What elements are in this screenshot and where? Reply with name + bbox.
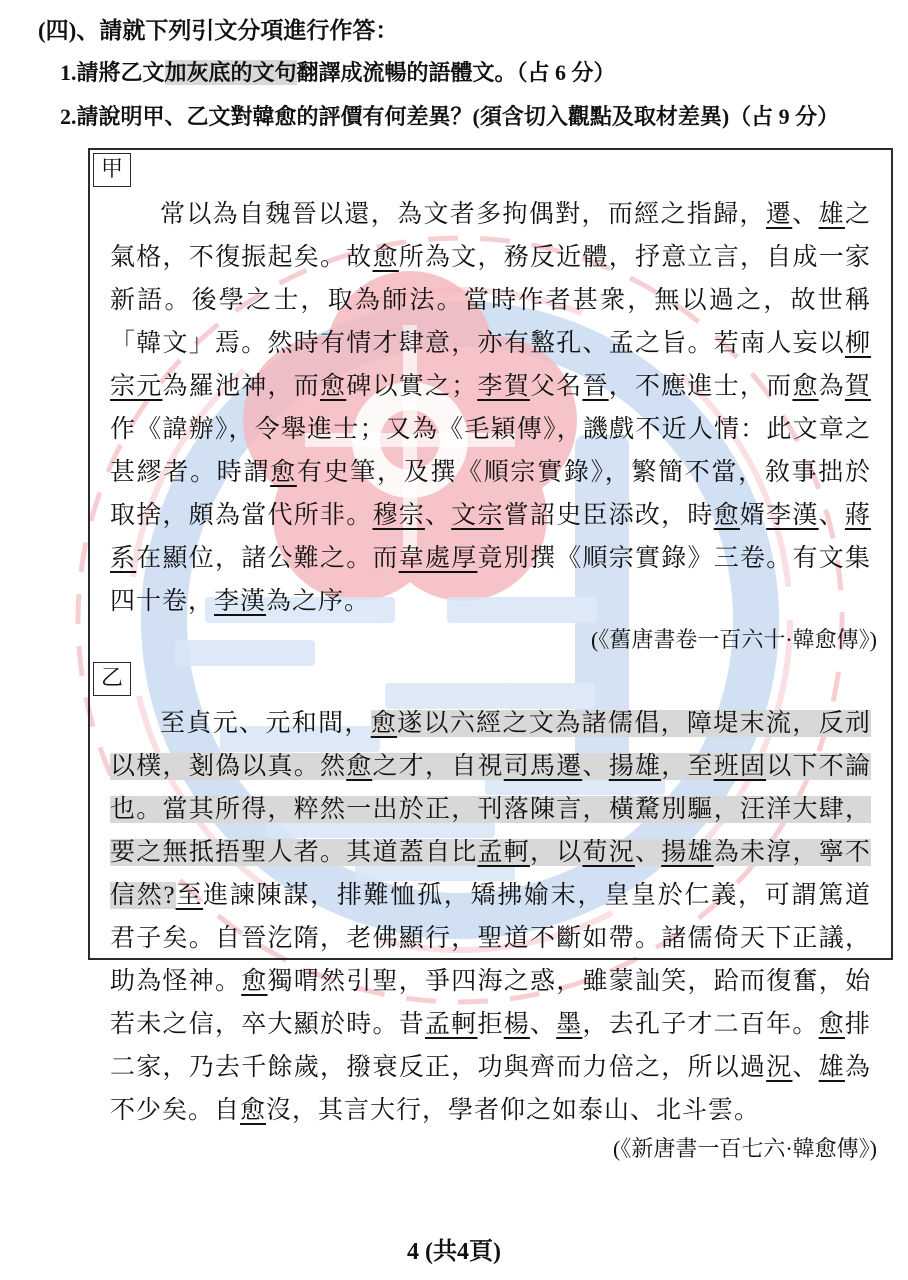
text-segment: ，不應進士，而 — [609, 373, 793, 400]
proper-name-segment: 韋處厚 — [399, 545, 478, 572]
proper-name-segment: 愈 — [792, 373, 818, 400]
proper-name-segment: 愈 — [372, 244, 398, 271]
text-segment: 在顯位，諸公難之。而 — [136, 545, 398, 572]
proper-name-segment: 李賀 — [477, 373, 530, 400]
text-segment: 常以為自魏晉以還，為文者多拘偶對，而經之指歸， — [160, 201, 766, 228]
text-segment: 1.請將乙文 — [60, 60, 165, 85]
proper-name-segment: 孟軻 — [477, 839, 530, 866]
proper-name-segment: 愈 — [320, 373, 346, 400]
passage-a-citation: (《舊唐書卷一百六十·韓愈傳》) — [90, 623, 891, 659]
text-segment: 翻譯成流暢的語體文。（占 6 分） — [297, 60, 616, 85]
text-segment: 婿 — [740, 502, 766, 529]
proper-name-segment: 司馬遷 — [504, 753, 583, 780]
text-segment: 拒 — [477, 1011, 503, 1038]
sub-question-1: 1.請將乙文加灰底的文句翻譯成流暢的語體文。（占 6 分） — [60, 56, 616, 87]
proper-name-segment: 賀 — [845, 373, 871, 400]
proper-name-segment: 愈 — [371, 710, 397, 737]
highlighted-segment: ，以 — [530, 839, 583, 866]
proper-name-segment: 楊 — [504, 1011, 530, 1038]
highlighted-segment: ，至 — [661, 753, 714, 780]
proper-name-segment: 班固 — [714, 753, 767, 780]
text-segment: ，去孔子才二百年。 — [582, 1011, 818, 1038]
highlighted-segment: 加灰底的文句 — [165, 60, 297, 85]
text-segment: 、 — [792, 201, 818, 228]
passage-b-citation: (《新唐書一百七六·韓愈傳》) — [90, 1132, 891, 1168]
proper-name-segment: 愈 — [270, 459, 297, 486]
proper-name-segment: 晉 — [582, 373, 608, 400]
text-segment: 、 — [530, 1011, 556, 1038]
proper-name-segment: 李漢 — [214, 588, 266, 615]
proper-name-segment: 愈 — [241, 968, 267, 995]
proper-name-segment: 孟軻 — [425, 1011, 478, 1038]
proper-name-segment: 愈 — [240, 1097, 266, 1124]
proper-name-segment: 遷 — [766, 201, 792, 228]
passage-b-text: 至貞元、元和間，愈遂以六經之文為諸儒倡，障堤末流，反刓以樸，剗偽以真。然愈之才，… — [90, 702, 891, 1132]
sub-question-2: 2.請說明甲、乙文對韓愈的評價有何差異？(須含切入觀點及取材差異)（占 9 分） — [60, 100, 839, 131]
passage-a-label: 甲 — [93, 153, 131, 187]
proper-name-segment: 愈 — [346, 753, 372, 780]
proper-name-segment: 愈 — [714, 502, 740, 529]
proper-name-segment: 穆宗 — [372, 502, 425, 529]
highlighted-segment: 、 — [635, 839, 661, 866]
text-segment: 嘗詔史臣添改，時 — [504, 502, 714, 529]
proper-name-segment: 雄 — [819, 201, 845, 228]
proper-name-segment: 文宗 — [451, 502, 504, 529]
text-segment: 為之序。 — [266, 588, 370, 615]
page-number: 4 (共4頁) — [0, 1231, 908, 1266]
proper-name-segment: 愈 — [819, 1011, 845, 1038]
proper-name-segment: 況 — [766, 1054, 792, 1081]
text-segment: 碑以實之； — [346, 373, 477, 400]
proper-name-segment: 雄 — [819, 1054, 845, 1081]
text-segment: 至貞元、元和間， — [160, 710, 371, 737]
text-segment: 為羅池神，而 — [163, 373, 320, 400]
text-segment: 、 — [819, 502, 845, 529]
text-segment: 父名 — [530, 373, 583, 400]
text-segment: 為 — [819, 373, 845, 400]
text-segment: 、 — [792, 1054, 818, 1081]
passage-a-text: 常以為自魏晉以還，為文者多拘偶對，而經之指歸，遷、雄之氣格，不復振起矣。故愈所為… — [90, 193, 891, 623]
proper-name-segment: 揚雄 — [609, 753, 662, 780]
proper-name-segment: 李漢 — [766, 502, 819, 529]
question-prompt: (四)、請就下列引文分項進行作答： — [38, 12, 398, 45]
proper-name-segment: 至 — [176, 882, 204, 909]
passage-b-label: 乙 — [93, 662, 131, 696]
text-segment: 沒，其言大行，學者仰之如泰山、北斗雲。 — [266, 1097, 760, 1124]
proper-name-segment: 墨 — [556, 1011, 582, 1038]
text-segment: 、 — [425, 502, 451, 529]
proper-name-segment: 荀況 — [582, 839, 635, 866]
highlighted-segment: 、 — [582, 753, 608, 780]
proper-name-segment: 揚雄 — [661, 839, 714, 866]
highlighted-segment: 之才，自視 — [372, 753, 503, 780]
quotation-box: 甲 常以為自魏晉以還，為文者多拘偶對，而經之指歸，遷、雄之氣格，不復振起矣。故愈… — [88, 148, 893, 960]
